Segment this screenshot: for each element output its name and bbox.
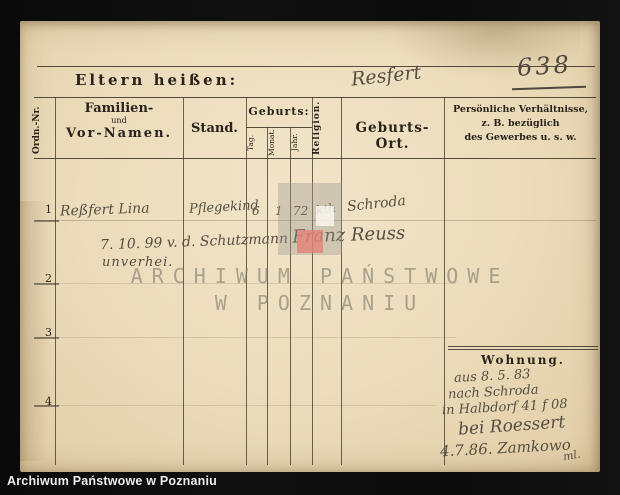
archive-caption: Archiwum Państwowe w Poznaniu (7, 474, 217, 488)
entry-stand: Pflegekind (189, 198, 260, 217)
wohnung-title: Wohnung. (448, 353, 598, 367)
col-header-monat: Monat. (267, 129, 290, 156)
watermark-logo-white-square (316, 206, 334, 226)
page-number-underline (512, 86, 586, 91)
table-line (246, 127, 312, 128)
entry-tag: 6 (252, 204, 260, 218)
col-header-familien-line2: und (55, 116, 183, 126)
watermark-logo-red-square (297, 230, 323, 253)
wohnung-rule (448, 349, 598, 350)
col-header-stand: Stand. (183, 121, 246, 136)
row-number-1: 1 (40, 203, 52, 216)
col-header-religion: Religion. (312, 100, 341, 156)
table-line (34, 97, 596, 98)
corner-mark: ml. (562, 448, 581, 464)
scanned-document-viewer: Eltern heißen: Resfert 638 Ordn.-Nr. Fam… (0, 0, 620, 495)
col-header-persoenliche-line1: Persönliche Verhältnisse, (444, 103, 597, 117)
watermark-text: ARCHIWUM PAŃSTWOWE W POZNANIU (65, 263, 575, 317)
row-line (36, 337, 456, 338)
row-number-4: 4 (40, 395, 52, 408)
col-header-geburtsort: Geburts-Ort. (341, 120, 444, 152)
col-header-persoenliche-line3: des Gewerbes u. s. w. (444, 131, 597, 145)
wohnung-rule (448, 346, 598, 347)
top-rule (37, 66, 595, 67)
col-header-familien-line1: Familien- (55, 101, 183, 116)
col-header-geburts: Geburts: (246, 105, 312, 118)
table-line (34, 158, 596, 159)
section-title: Eltern heißen: (75, 71, 238, 89)
row-number-2: 2 (40, 272, 52, 285)
page-number: 638 (516, 50, 573, 82)
col-header-ordn-nr: Ordn.-Nr. (32, 105, 54, 155)
entry-geburtsort: Schroda (346, 193, 406, 215)
entry-line2-text: 7. 10. 99 v. d. Schutzmann (100, 231, 288, 254)
col-header-jahr: Jahr. (290, 129, 312, 156)
entry-name: Reßfert Lina (60, 200, 150, 219)
col-header-familien-line3: Vor-Namen. (55, 126, 183, 141)
col-header-tag: Tag. (246, 129, 267, 156)
row-tick (34, 220, 59, 222)
document-page: Eltern heißen: Resfert 638 Ordn.-Nr. Fam… (20, 21, 600, 472)
col-header-persoenliche-line2: z. B. bezüglich (444, 117, 597, 131)
row-number-3: 3 (40, 326, 52, 339)
watermark-line1: ARCHIWUM PAŃSTWOWE (65, 263, 575, 290)
watermark-line2: W POZNANIU (65, 290, 575, 317)
table-line (55, 97, 56, 465)
row-line (36, 405, 436, 406)
col-header-familien: Familien- und Vor-Namen. (55, 101, 183, 141)
col-header-persoenliche: Persönliche Verhältnisse, z. B. bezüglic… (444, 103, 597, 145)
entry-line2: 7. 10. 99 v. d. Schutzmann Franz Reuss (100, 223, 406, 255)
